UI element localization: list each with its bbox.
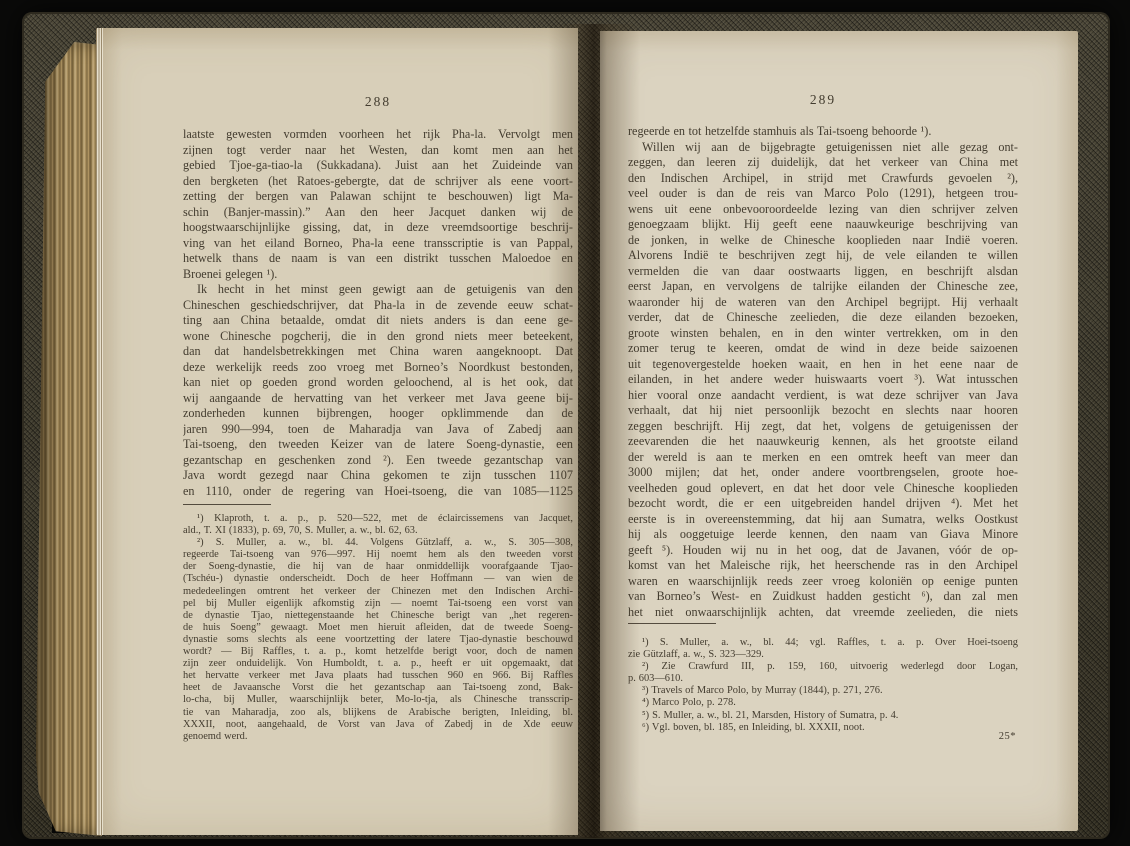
body-text-line: wens uit eene onbevooroordeelde lezing v… xyxy=(628,202,1018,218)
footnote-line: wordt? — Bij Raffles, t. a. p., komt het… xyxy=(183,646,573,658)
body-text-line: en 1110, onder de regering van Hoei-tsoe… xyxy=(183,484,573,500)
footnote-line: ⁶) Vgl. boven, bl. 185, en Inleiding, bl… xyxy=(628,722,1018,734)
page-edge-lip xyxy=(96,28,103,835)
body-text-line: jaren 990—994, toen de Maharadja van Jav… xyxy=(183,422,573,438)
left-page-number: 288 xyxy=(183,94,573,110)
body-text-line: Alvorens Indië te beschrijven zegt hij, … xyxy=(628,248,1018,264)
footnote-line: ²) S. Muller, a. w., bl. 44. Volgens Güt… xyxy=(183,537,573,549)
signature-mark: 25* xyxy=(999,731,1016,742)
body-text-line: zomer terug te keeren, omdat de wind in … xyxy=(628,341,1018,357)
body-text-line: zeevarenden die het naauwkeurig kennen, … xyxy=(628,434,1018,450)
footnote-line: lo-cha, bij Muller, waarschijnlijk beter… xyxy=(183,694,573,706)
right-footnote-separator xyxy=(628,623,716,624)
footnote-line: regeerde Tai-tsoeng van 976—997. Hij noe… xyxy=(183,549,573,561)
body-text-line: verder, dat de Chinesche zeelieden, die … xyxy=(628,310,1018,326)
footnote-line: zie Gützlaff, a. w., S. 323—329. xyxy=(628,649,1018,661)
body-text-line: der wereld is aan te merken en een omtre… xyxy=(628,450,1018,466)
body-text-line: zonderheden kunnen bijbrengen, hooger op… xyxy=(183,406,573,422)
footnote-line: het hervatte verkeer met Java plaats had… xyxy=(183,670,573,682)
body-text-line: de jonken, in welke de Chinesche kooplie… xyxy=(628,233,1018,249)
body-text-line: deze werkelijk reeds zoo vroeg met Borne… xyxy=(183,360,573,376)
body-text-line: komst van het Maleische rijk, het heersc… xyxy=(628,558,1018,574)
footnote-line: ald., T. XI (1833), p. 69, 70, S. Muller… xyxy=(183,525,573,537)
footnote-line: genoemd werd. xyxy=(183,731,573,743)
body-text-line: verhaalt, dat hij niet persoonlijk bezoc… xyxy=(628,403,1018,419)
body-text-line: dan dat handelsbetrekkingen met China wa… xyxy=(183,344,573,360)
footnote-line: heet de Javaansche Vorst die het gezants… xyxy=(183,682,573,694)
body-text-line: waren en waarschijnlijk reeds zeer vroeg… xyxy=(628,574,1018,590)
footnote-line: de dynastie Tjao, niettegenstaande het C… xyxy=(183,610,573,622)
body-text-line: Chineschen geschiedschrijver, dat Pha-la… xyxy=(183,298,573,314)
body-text-line: Ik hecht in het minst geen gewigt aan de… xyxy=(183,282,573,298)
footnote-line: de huis Soeng” gewaagt. Moet men hieruit… xyxy=(183,622,573,634)
footnote-line: der Soeng-dynastie, die hij van de haar … xyxy=(183,561,573,573)
footnote-line: pel bij Muller eigenlijk afkomstig zijn … xyxy=(183,598,573,610)
footnote-line: ⁴) Marco Polo, p. 278. xyxy=(628,697,1018,709)
footnote-line: mededeelingen omtrent het verkeer der Ch… xyxy=(183,586,573,598)
body-text-line: hier vooral onze aandacht verdient, is w… xyxy=(628,388,1018,404)
page-edges-stack xyxy=(36,42,102,836)
body-text-line: den bergketen (het Ratoes-gebergte, dat … xyxy=(183,174,573,190)
body-text-line: genoegzaam blijkt. Hij geeft eene naauwk… xyxy=(628,217,1018,233)
footnote-line: p. 603—610. xyxy=(628,673,1018,685)
body-text-line: eerste is in overeenstemming, dat hij aa… xyxy=(628,512,1018,528)
body-text-line: gebied Tjoe-ga-tiao-la (Sukkadana). Juis… xyxy=(183,158,573,174)
body-text-line: van Borneo’s West- en Zuidkust hadden ge… xyxy=(628,589,1018,605)
right-page-body: regeerde en tot hetzelfde stamhuis als T… xyxy=(628,124,1018,620)
body-text-line: Java wordt gezegd naar China gekomen te … xyxy=(183,468,573,484)
footnote-line: (Tschéu-) dynastie onderscheidt. Doch de… xyxy=(183,573,573,585)
footnote-line: zijn zeer onduidelijk. Von Humboldt, t. … xyxy=(183,658,573,670)
body-text-line: gezantschap en geschenken zond ²). Een t… xyxy=(183,453,573,469)
body-text-line: veel ouder is dan de reis van Marco Polo… xyxy=(628,186,1018,202)
body-text-line: vermelden die van daar oostwaarts liggen… xyxy=(628,264,1018,280)
footnote-line: tie van Maharadja, zoo als, blijkens de … xyxy=(183,707,573,719)
left-footnote-separator xyxy=(183,504,271,505)
body-text-line: wone Chinesche pogcherij, die in den gro… xyxy=(183,329,573,345)
body-text-line: uit tegenovergestelde hoeken waait, en h… xyxy=(628,357,1018,373)
body-text-line: eilanden, in het andere weder huiswaarts… xyxy=(628,372,1018,388)
footnote-line: XXXII, noot, aangehaald, de Vorst van Ja… xyxy=(183,719,573,731)
footnote-line: dynastie soms slechts als eene voortzett… xyxy=(183,634,573,646)
body-text-line: veelheden goud oplevert, en dat het door… xyxy=(628,481,1018,497)
body-text-line: Broenei gelegen ¹). xyxy=(183,267,573,283)
body-text-line: wij aangaande de hervatting van het verk… xyxy=(183,391,573,407)
body-text-line: 3000 mijlen; dat het, onder andere voort… xyxy=(628,465,1018,481)
right-page-footnotes: ¹) S. Muller, a. w., bl. 44; vgl. Raffle… xyxy=(628,637,1018,734)
body-text-line: ting aan China betaalde, omdat dit niets… xyxy=(183,313,573,329)
body-text-line: Willen wij aan de bijgebragte getuigenis… xyxy=(628,140,1018,156)
photo-background: 288 laatste gewesten vormden voorheen he… xyxy=(0,0,1130,846)
body-text-line: geeft ⁵). Houden wij nu in het oog, dat … xyxy=(628,543,1018,559)
footnote-line: ³) Travels of Marco Polo, by Murray (184… xyxy=(628,685,1018,697)
body-text-line: zetting der bergen van Palawan schijnt t… xyxy=(183,189,573,205)
right-page-number: 289 xyxy=(628,92,1018,108)
body-text-line: den Indischen Archipel, in strijd met Cr… xyxy=(628,171,1018,187)
body-text-line: hetwelk thans de naam is van een distrik… xyxy=(183,251,573,267)
body-text-line: het niet onwaarschijnlijk achten, dat vr… xyxy=(628,605,1018,621)
body-text-line: waaronder hij de wateren van den Archipe… xyxy=(628,295,1018,311)
footnote-line: ¹) S. Muller, a. w., bl. 44; vgl. Raffle… xyxy=(628,637,1018,649)
body-text-line: bezocht wordt, die er een uitgebreiden h… xyxy=(628,496,1018,512)
body-text-line: kan niet op goeden grond worden gelooche… xyxy=(183,375,573,391)
footnote-line: ¹) Klaproth, t. a. p., p. 520—522, met d… xyxy=(183,513,573,525)
body-text-line: schin (Banjer-massin).” Aan den heer Jac… xyxy=(183,205,573,221)
body-text-line: zeggen, dan leeren zij duidelijk, dat he… xyxy=(628,155,1018,171)
body-text-line: Tai-tsoeng, den tweeden Keizer van de la… xyxy=(183,437,573,453)
body-text-line: hij als ooggetuige leerde kennen, den na… xyxy=(628,527,1018,543)
left-page: 288 laatste gewesten vormden voorheen he… xyxy=(96,28,578,835)
footnote-line: ²) Zie Crawfurd III, p. 159, 160, uitvoe… xyxy=(628,661,1018,673)
body-text-line: zijnen togt verder naar het Westen, dan … xyxy=(183,143,573,159)
body-text-line: zeggen beschrijft. Hij zegt, dat het, vo… xyxy=(628,419,1018,435)
body-text-line: ving van het eiland Borneo, Pha-la eene … xyxy=(183,236,573,252)
body-text-line: groote winsten behalen, en in den winter… xyxy=(628,326,1018,342)
body-text-line: hoogstwaarschijnlijke gissing, dat, in d… xyxy=(183,220,573,236)
left-page-footnotes: ¹) Klaproth, t. a. p., p. 520—522, met d… xyxy=(183,513,573,743)
right-page: 289 regeerde en tot hetzelfde stamhuis a… xyxy=(600,31,1078,831)
left-page-body: laatste gewesten vormden voorheen het ri… xyxy=(183,127,573,499)
body-text-line: regeerde en tot hetzelfde stamhuis als T… xyxy=(628,124,1018,140)
footnote-line: ⁵) S. Muller, a. w., bl. 21, Marsden, Hi… xyxy=(628,710,1018,722)
body-text-line: eerst Japan, en vervolgens de talrijke e… xyxy=(628,279,1018,295)
body-text-line: laatste gewesten vormden voorheen het ri… xyxy=(183,127,573,143)
